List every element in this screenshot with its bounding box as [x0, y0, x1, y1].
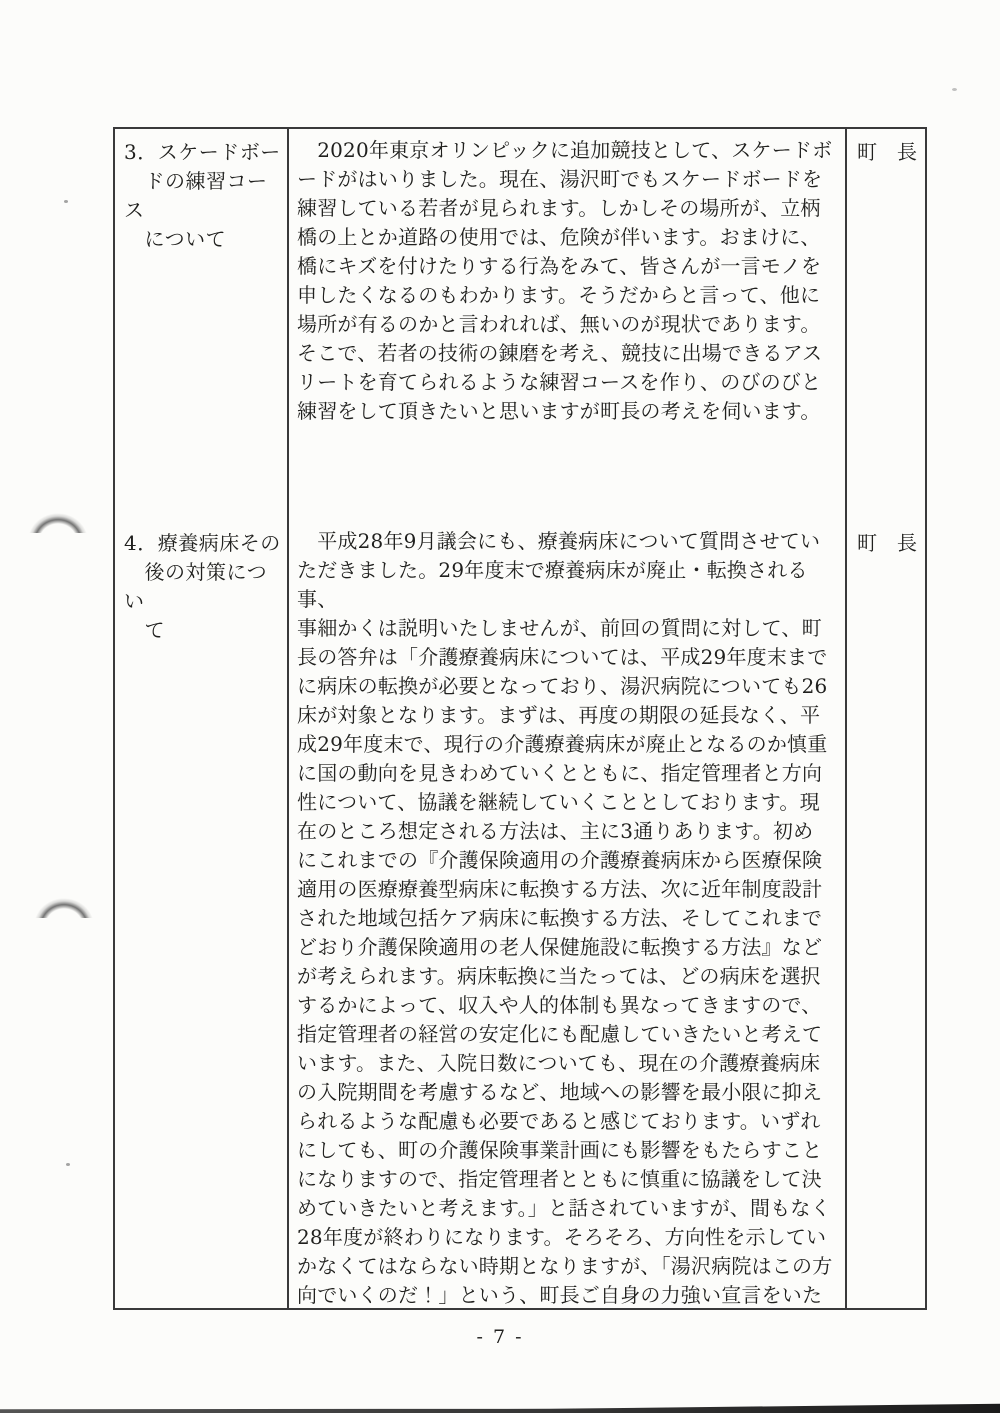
- question-4-body: 平成28年9月議会にも、療養病床について質問させてい ただきました。29年度末で…: [289, 520, 847, 1308]
- question-3-body: 2020年東京オリンピックに追加競技として、スケードボ ードがはいりました。現在…: [289, 129, 847, 520]
- binder-hole-shadow-top: [26, 487, 90, 533]
- scan-speck: [64, 200, 68, 203]
- scan-speck: [952, 88, 957, 91]
- scan-edge-artifact: [0, 1403, 1000, 1413]
- question-3-title: 3．スケードボー ドの練習コース について: [115, 129, 289, 520]
- question-3-respondent: 町 長: [847, 129, 925, 520]
- question-4-respondent: 町 長: [847, 520, 925, 1308]
- qa-table: 3．スケードボー ドの練習コース について 2020年東京オリンピックに追加競技…: [113, 127, 927, 1310]
- scan-speck: [66, 1163, 70, 1166]
- binder-hole-shadow-bottom: [32, 872, 96, 918]
- question-4-title: 4．療養病床その 後の対策につい て: [115, 520, 289, 1308]
- document-page: 3．スケードボー ドの練習コース について 2020年東京オリンピックに追加競技…: [0, 0, 1000, 1413]
- page-number: - 7 -: [0, 1326, 1000, 1348]
